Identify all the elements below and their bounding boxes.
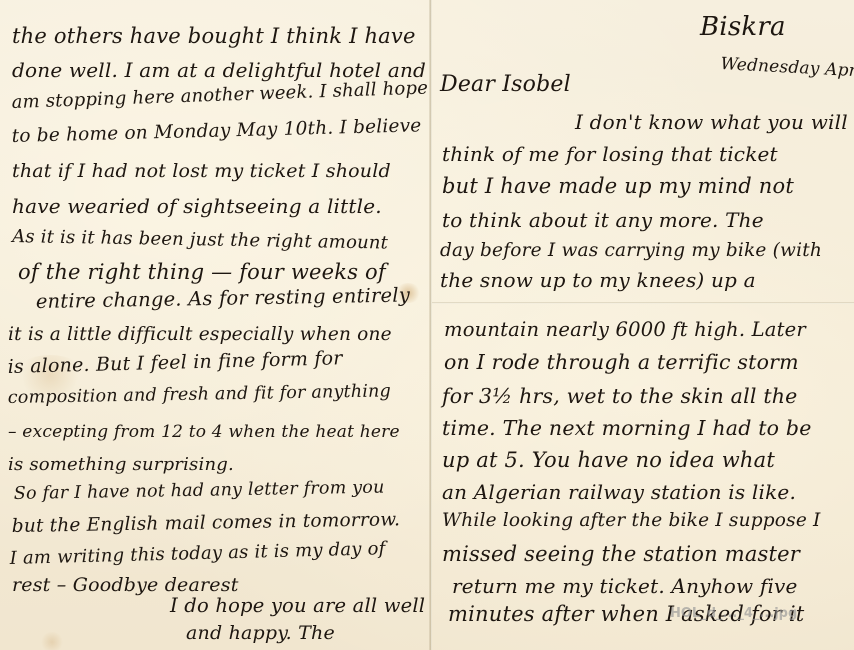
letter-line: So far I have not had any letter from yo… xyxy=(14,480,385,504)
letter-line: but the English mail comes in tomorrow. xyxy=(12,511,401,536)
letter-line: composition and fresh and fit for anythi… xyxy=(8,383,391,407)
letter-line: up at 5. You have no idea what xyxy=(442,450,775,471)
letter-line: I do hope you are all well xyxy=(170,596,425,616)
letter-date: Wednesday April 2 xyxy=(720,56,854,82)
letter-line: As it is it has been just the right amou… xyxy=(12,228,388,253)
letter-line: but I have made up my mind not xyxy=(442,176,794,197)
letter-line: am stopping here another week. I shall h… xyxy=(11,79,428,112)
letter-line: think of me for losing that ticket xyxy=(442,144,778,164)
letter-line: have wearied of sightseeing a little. xyxy=(12,196,382,216)
letter-place: Biskra xyxy=(700,14,786,40)
letter-line: to be home on Monday May 10th. I believe xyxy=(12,117,422,146)
left-page: the others have bought I think I have do… xyxy=(0,0,430,650)
letter-line: missed seeing the station master xyxy=(442,544,800,565)
letter-line: While looking after the bike I suppose I xyxy=(442,512,821,531)
letter-line: rest – Goodbye dearest xyxy=(12,576,239,595)
letter-line: time. The next morning I had to be xyxy=(442,418,812,439)
letter-line: it is a little difficult especially when… xyxy=(8,326,392,345)
image-watermark: HOL_d_..._4_...jpg xyxy=(670,606,850,621)
letter-line: return me my ticket. Anyhow five xyxy=(452,576,798,596)
letter-line: I am writing this today as it is my day … xyxy=(10,540,386,568)
right-page: Biskra Wednesday April 2 Dear Isobel I d… xyxy=(430,0,854,650)
letter-line: on I rode through a terrific storm xyxy=(444,352,799,373)
letter-line: done well. I am at a delightful hotel an… xyxy=(12,60,426,80)
letter-line: the snow up to my knees) up a xyxy=(440,270,756,290)
letter-line: for 3½ hrs, wet to the skin all the xyxy=(442,386,798,407)
letter-line: to think about it any more. The xyxy=(442,210,764,230)
letter-line: is alone. But I feel in fine form for xyxy=(8,349,343,377)
letter-salutation: Dear Isobel xyxy=(440,74,571,96)
letter-line: of the right thing — four weeks of xyxy=(18,262,386,283)
letter-line: that if I had not lost my ticket I shoul… xyxy=(12,162,391,181)
letter-line: the others have bought I think I have xyxy=(12,26,416,47)
letter-line: is something surprising. xyxy=(8,456,234,474)
letter-line: day before I was carrying my bike (with xyxy=(440,242,822,261)
letter-line: an Algerian railway station is like. xyxy=(442,482,796,502)
letter-scan: the others have bought I think I have do… xyxy=(0,0,854,650)
letter-line: – excepting from 12 to 4 when the heat h… xyxy=(8,424,400,441)
letter-line: and happy. The xyxy=(186,624,335,643)
letter-line: mountain nearly 6000 ft high. Later xyxy=(444,320,806,340)
letter-line: I don't know what you will xyxy=(575,112,848,132)
letter-line: entire change. As for resting entirely xyxy=(36,285,410,311)
